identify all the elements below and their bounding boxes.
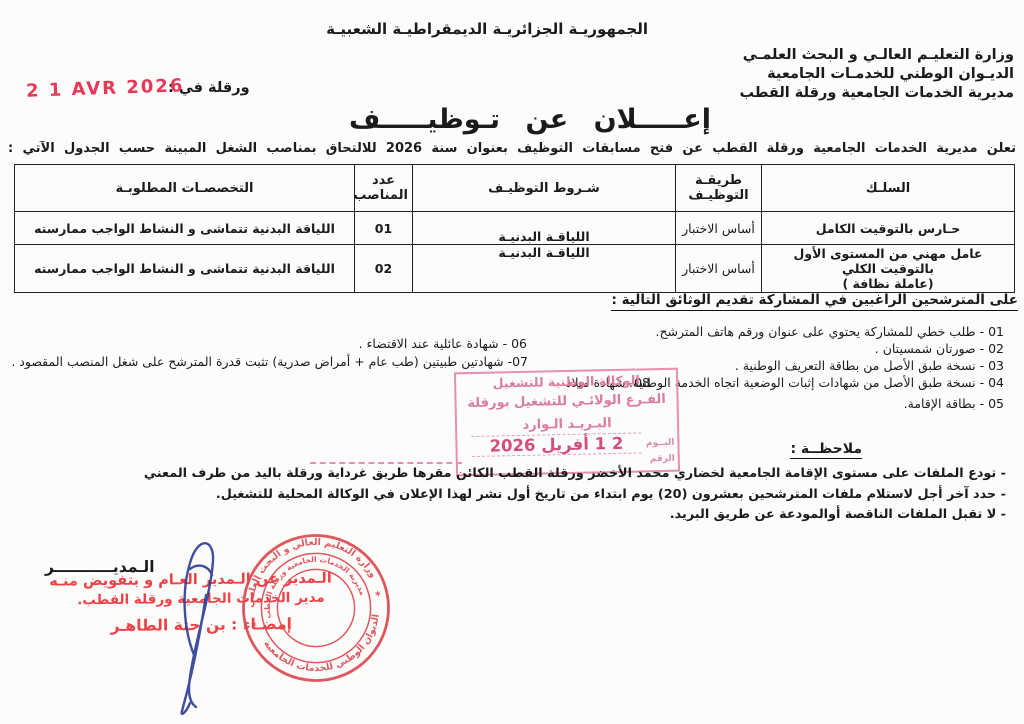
positions-table: السلـك طريقـة التوظيـف شـروط التوظيـف عد… — [14, 164, 1015, 293]
specialties-cell: اللياقة البدنية تتماشى و النشاط الواجب م… — [15, 245, 355, 293]
col-corps: السلـك — [762, 165, 1015, 212]
stamp-star-left: ✶ — [248, 618, 259, 632]
incoming-mail-stamp: الوكالة الوطنية للتشغيل الفـرع الولائـي … — [454, 368, 680, 477]
table-header-row: السلـك طريقـة التوظيـف شـروط التوظيـف عد… — [15, 165, 1015, 212]
stamp-date: 2 1 أفريل 2026 — [471, 432, 641, 457]
stamp-star-right: ✶ — [372, 587, 383, 601]
date-ink-stamp: 2 1 AVR 2026 — [26, 75, 185, 102]
stamp-agency-line: الوكالة الوطنية للتشغيل — [456, 372, 676, 392]
col-positions: عدد المناصب — [355, 165, 413, 212]
page-title: إعـــــلان عن تـوظيـــــف — [260, 104, 800, 135]
round-official-stamp: وزارة التعليم العالي و البحث العلمي الدي… — [219, 511, 413, 705]
method-cell: أساس الاختبار — [676, 212, 762, 245]
corps-cell: حـارس بالتوقيت الكامل — [762, 212, 1015, 245]
job-announcement-document: الجمهوريـة الجزائريـة الديمقراطيـة الشعب… — [0, 0, 1024, 724]
positions-count: 02 — [355, 245, 413, 293]
list-item: 05 - بطاقة الإقامة. — [629, 395, 1004, 412]
documents-list: 01 - طلب خطي للمشاركة يحتوي على عنوان ور… — [629, 323, 1004, 412]
list-item: 03 - نسخة طبق الأصل من بطاقة التعريف الو… — [629, 357, 1004, 374]
note-item: - تودع الملفات على مستوى الإقامة الجامعي… — [144, 464, 1006, 485]
conditions-cell: اللياقـة البدنيـة — [413, 245, 676, 293]
stamp-day-label: اليــوم — [646, 438, 675, 449]
note-item: - لا تقبل الملفات الناقصة أوالمودعة عن ط… — [144, 505, 1006, 526]
list-item: 01 - طلب خطي للمشاركة يحتوي على عنوان ور… — [629, 323, 1004, 340]
conditions-cell: اللياقـة البدنيـة — [413, 212, 676, 245]
notes-heading: ملاحظــة : — [790, 441, 862, 459]
handwritten-signature — [150, 535, 242, 715]
intro-sentence: تعلن مديرية الخدمات الجامعية ورقلة القطب… — [8, 141, 1016, 156]
table-row: عامل مهني من المستوى الأول بالتوقيت الكل… — [15, 245, 1015, 293]
method-cell: أساس الاختبار — [676, 245, 762, 293]
specialties-cell: اللياقة البدنية تتماشى و النشاط الواجب م… — [15, 212, 355, 245]
col-specialties: التخصصـات المطلوبـة — [15, 165, 355, 212]
ministry-line: وزارة التعليـم العالـي و البحث العلمـي — [739, 46, 1014, 65]
list-item: 04 - نسخة طبق الأصل من شهادات إثبات الوض… — [629, 374, 1004, 391]
note-item: - حدد آخر أجل لاستلام ملفات المترشحين بع… — [144, 485, 1006, 506]
office-line: الديـوان الوطني للخدمـات الجامعية — [739, 65, 1014, 84]
col-conditions: شـروط التوظيـف — [413, 165, 676, 212]
stamp-incoming-line: البـريـد الـوارد — [457, 415, 677, 435]
list-item: 02 - صورتان شمسيتان . — [629, 340, 1004, 357]
stamp-branch-line: الفـرع الولائـي للتشغيل بورقلة — [456, 392, 676, 412]
stamp-number-label: الرقم — [650, 454, 675, 465]
government-header: وزارة التعليـم العالـي و البحث العلمـي ا… — [739, 46, 1014, 103]
republic-title: الجمهوريـة الجزائريـة الديمقراطيـة الشعب… — [326, 20, 648, 38]
list-item: 07- شهادتين طبيتين (طب عام + أمراض صدرية… — [11, 354, 528, 369]
notes-list: - تودع الملفات على مستوى الإقامة الجامعي… — [144, 464, 1006, 526]
list-item: 06 - شهادة عائلية عند الاقتضاء . — [359, 336, 527, 351]
directorate-line: مديرية الخدمات الجامعية ورقلة القطب — [739, 84, 1014, 103]
corps-cell: عامل مهني من المستوى الأول بالتوقيت الكل… — [762, 245, 1015, 293]
col-method: طريقـة التوظيـف — [676, 165, 762, 212]
table-row: حـارس بالتوقيت الكامل أساس الاختبار اللي… — [15, 212, 1015, 245]
documents-heading: على المترشحين الراغبين في المشاركة تقديم… — [611, 292, 1018, 311]
positions-count: 01 — [355, 212, 413, 245]
